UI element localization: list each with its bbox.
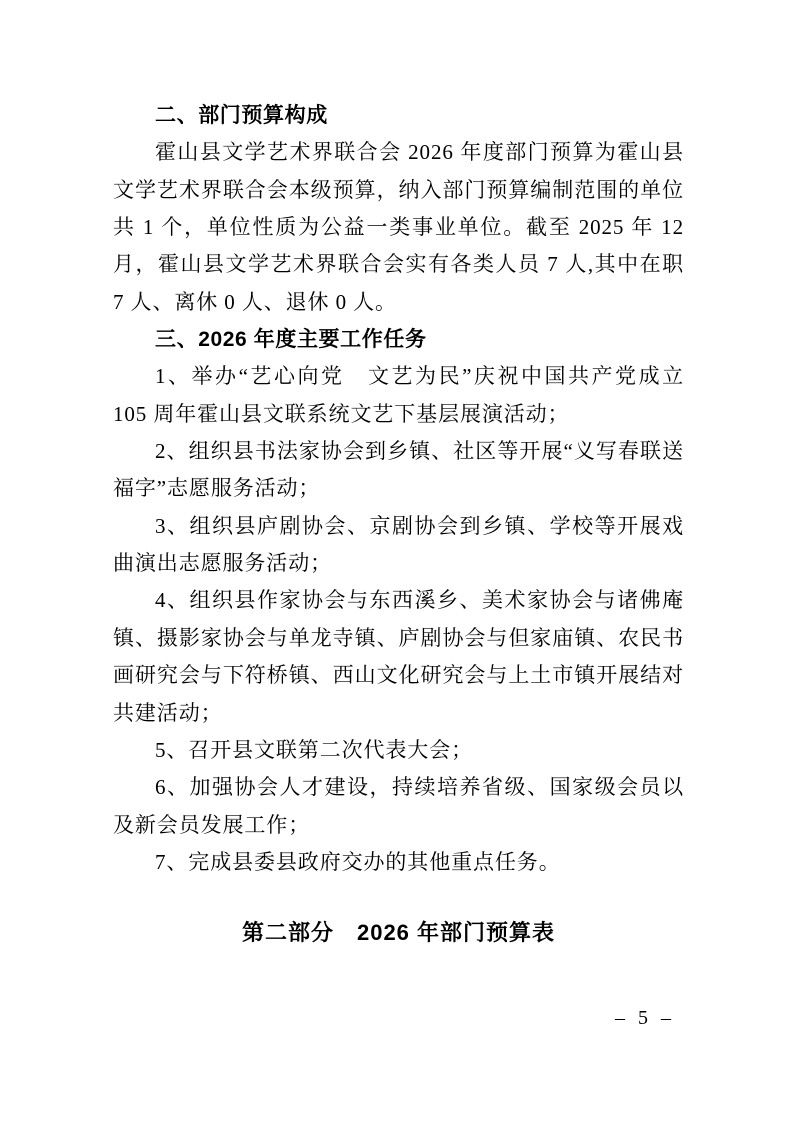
document-page: 二、部门预算构成 霍山县文学艺术界联合会 2026 年度部门预算为霍山县文学艺术… bbox=[0, 0, 793, 1122]
section-heading-2026-main-tasks: 三、2026 年度主要工作任务 bbox=[113, 321, 684, 358]
section-heading-budget-composition: 二、部门预算构成 bbox=[113, 97, 684, 134]
task-item-7: 7、完成县委县政府交办的其他重点任务。 bbox=[113, 844, 684, 881]
paragraph-budget-composition: 霍山县文学艺术界联合会 2026 年度部门预算为霍山县文学艺术界联合会本级预算，… bbox=[113, 134, 684, 321]
page-footer: – 5 – bbox=[615, 1005, 675, 1031]
part-two-heading: 第二部分 2026 年部门预算表 bbox=[113, 914, 684, 951]
document-body: 二、部门预算构成 霍山县文学艺术界联合会 2026 年度部门预算为霍山县文学艺术… bbox=[113, 97, 684, 952]
task-item-3: 3、组织县庐剧协会、京剧协会到乡镇、学校等开展戏曲演出志愿服务活动； bbox=[113, 508, 684, 583]
task-item-4: 4、组织县作家协会与东西溪乡、美术家协会与诸佛庵镇、摄影家协会与单龙寺镇、庐剧协… bbox=[113, 582, 684, 731]
task-item-6: 6、加强协会人才建设，持续培养省级、国家级会员以及新会员发展工作； bbox=[113, 769, 684, 844]
task-item-5: 5、召开县文联第二次代表大会； bbox=[113, 732, 684, 769]
task-item-2: 2、组织县书法家协会到乡镇、社区等开展“义写春联送福字”志愿服务活动； bbox=[113, 433, 684, 508]
task-item-1: 1、举办“艺心向党 文艺为民”庆祝中国共产党成立 105 周年霍山县文联系统文艺… bbox=[113, 358, 684, 433]
page-number: – 5 – bbox=[615, 1007, 675, 1029]
